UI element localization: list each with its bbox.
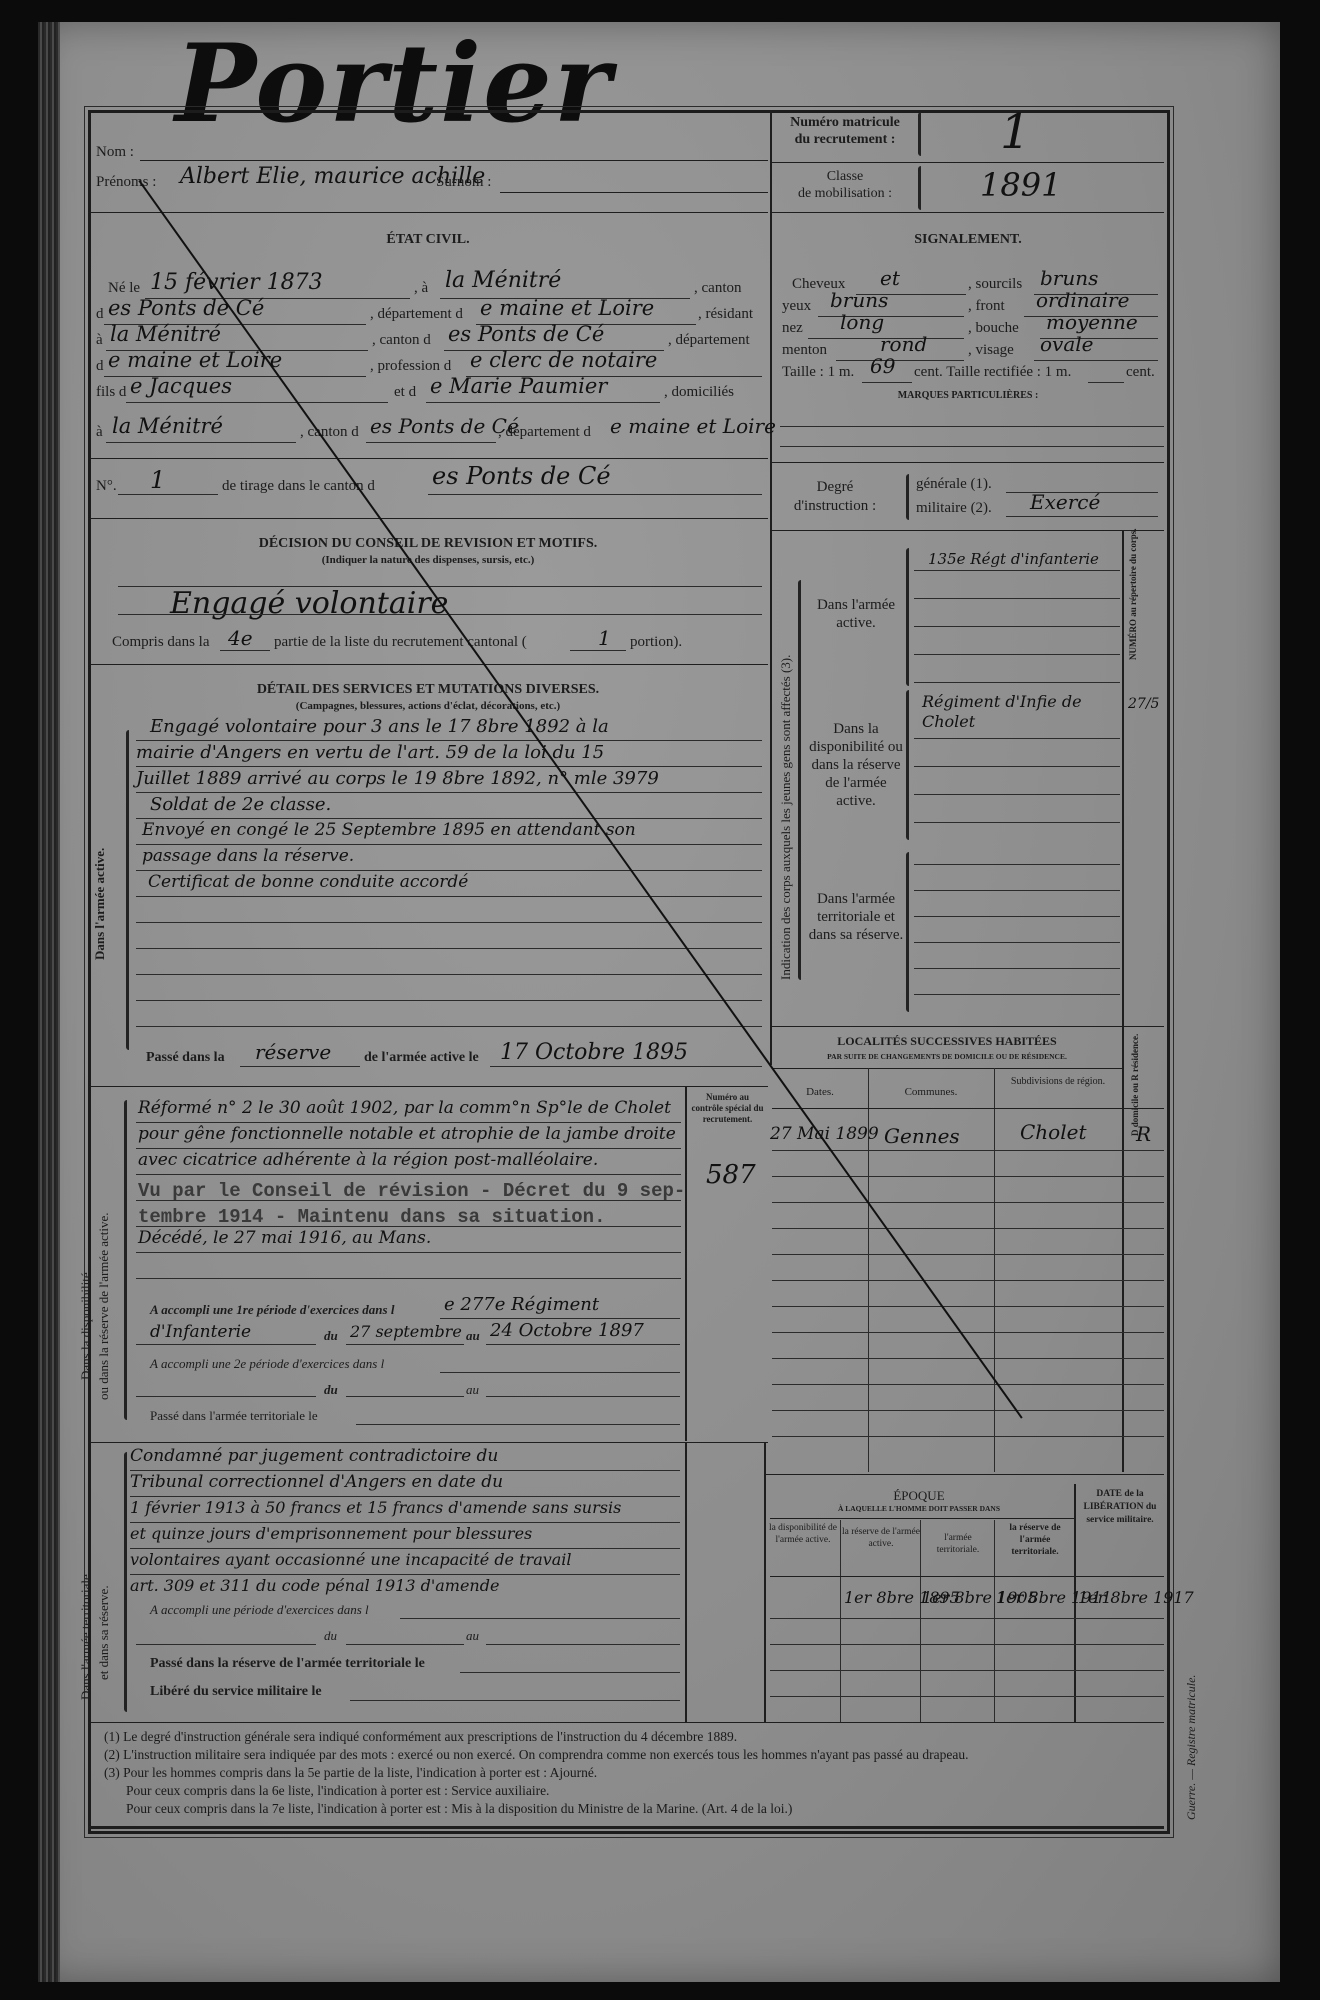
field-line <box>136 844 762 845</box>
localite-subdivision: Cholet <box>1020 1120 1087 1144</box>
au-label: au <box>466 1382 479 1398</box>
corps-side-label: Indication des corps auxquels les jeunes… <box>778 655 794 980</box>
canton-label: , canton <box>694 280 741 297</box>
field-line <box>914 916 1120 917</box>
territoriale-line: 1 février 1913 à 50 francs et 15 francs … <box>130 1498 621 1517</box>
au-label: au <box>466 1628 479 1644</box>
field-line <box>772 1228 1164 1229</box>
divider <box>772 1108 1164 1109</box>
column-divider <box>764 1442 766 1722</box>
birth-departement: e maine et Loire <box>480 296 654 320</box>
divider <box>88 212 768 213</box>
residence: la Ménitré <box>110 322 221 346</box>
profession: e clerc de notaire <box>470 348 657 372</box>
divider <box>88 1826 1164 1829</box>
brace <box>918 112 921 156</box>
fils-label: fils d <box>96 384 126 401</box>
instruction-label-2: d'instruction : <box>780 497 890 516</box>
periode2-label: A accompli une 2e période d'exercices da… <box>150 1356 384 1372</box>
residant-label: , résidant <box>698 306 753 323</box>
field-line <box>350 1700 680 1701</box>
field-line <box>1034 360 1158 361</box>
field-line <box>772 1254 1164 1255</box>
corps-row-label: Dans l'armée territoriale et dans sa rés… <box>806 890 906 944</box>
column-divider <box>920 1520 921 1722</box>
localite-type: R <box>1136 1122 1151 1146</box>
cent-label: cent. <box>1126 364 1155 381</box>
field-line <box>772 1358 1164 1359</box>
field-line <box>136 870 762 871</box>
canton-label: , canton d <box>300 424 359 441</box>
instruction-militaire-value: Exercé <box>1030 490 1100 514</box>
field-line <box>770 1696 1164 1697</box>
field-line <box>772 1332 1164 1333</box>
field-line <box>914 794 1120 795</box>
taille-label: Taille : 1 m. <box>782 364 854 381</box>
classe-value: 1891 <box>980 166 1061 204</box>
book-binding <box>38 22 60 1982</box>
disponibilite-line: pour gêne fonctionnelle notable et atrop… <box>138 1124 676 1144</box>
divider <box>770 1518 1074 1519</box>
domicilies-label: , domiciliés <box>664 384 734 401</box>
field-line <box>460 1672 680 1673</box>
nez-label: nez <box>782 320 803 337</box>
field-line <box>136 974 762 975</box>
field-line <box>914 654 1120 655</box>
passe-date: 17 Octobre 1895 <box>500 1040 688 1065</box>
divider <box>772 212 1164 213</box>
matricule-special-label: Numéro au contrôle spécial du recrutemen… <box>690 1092 765 1125</box>
field-line <box>770 1670 1164 1671</box>
field-line <box>136 1200 681 1201</box>
disponibilite-side-label-1: Dans la disponibilité <box>78 1272 94 1380</box>
field-line <box>130 1496 680 1497</box>
periode1-du: 27 septembre <box>350 1322 462 1341</box>
service-line: Juillet 1889 arrivé au corps le 19 8bre … <box>136 768 659 789</box>
a-label: , à <box>414 280 428 297</box>
revision-stamp-line-2: tembre 1914 - Maintenu dans sa situation… <box>138 1206 605 1228</box>
brace <box>918 166 921 210</box>
localites-title: LOCALITÉS SUCCESSIVES HABITÉES <box>772 1034 1122 1049</box>
service-line: mairie d'Angers en vertu de l'art. 59 de… <box>136 742 604 763</box>
canton-label: , canton d <box>372 332 431 349</box>
bouche-value: moyenne <box>1046 310 1138 334</box>
field-line <box>914 822 1120 823</box>
field-line <box>914 570 1120 571</box>
field-line <box>914 598 1120 599</box>
localites-side-label: D domicile ou R résidence. <box>1130 1034 1140 1136</box>
du-label: du <box>324 1382 338 1398</box>
field-line <box>772 1280 1164 1281</box>
field-line <box>914 942 1120 943</box>
birth-place: la Ménitré <box>445 268 561 293</box>
divider <box>88 518 768 519</box>
territoriale-line: art. 309 et 311 du code pénal 1913 d'ame… <box>130 1576 499 1595</box>
tirage-canton: es Ponts de Cé <box>432 462 611 490</box>
decision-value: Engagé volontaire <box>170 586 448 621</box>
field-line <box>862 382 912 383</box>
column-divider <box>840 1520 841 1722</box>
libere-label: Libéré du service militaire le <box>150 1684 322 1700</box>
footnote: (1) Le degré d'instruction générale sera… <box>104 1728 1154 1746</box>
field-line <box>126 402 388 403</box>
field-line <box>136 818 762 819</box>
footnote: Pour ceux compris dans la 6e liste, l'in… <box>104 1782 1154 1800</box>
field-line <box>136 740 762 741</box>
column-divider <box>1122 1026 1124 1472</box>
field-line <box>136 766 762 767</box>
bouche-label: , bouche <box>968 320 1019 337</box>
departement-label: , département <box>668 332 750 349</box>
field-line <box>136 1026 762 1027</box>
d-label: d <box>96 306 104 323</box>
field-line <box>346 1396 464 1397</box>
field-line <box>118 494 218 495</box>
d-label: d <box>96 358 104 375</box>
signalement-title: SIGNALEMENT. <box>772 232 1164 248</box>
matricule-value: 1 <box>1000 104 1031 160</box>
service-line: passage dans la réserve. <box>142 846 354 866</box>
passe-label: Passé dans la <box>146 1050 225 1066</box>
field-line <box>346 1644 464 1645</box>
matricule-label: Numéro matricule du recrutement : <box>780 114 910 148</box>
disponibilite-line: Réformé n° 2 le 30 août 1902, par la com… <box>138 1098 671 1118</box>
field-line <box>836 360 964 361</box>
territoriale-line: volontaires ayant occasionné une incapac… <box>130 1550 572 1569</box>
a-label: à <box>96 332 103 349</box>
territoriale-side-label-1: Dans l'armée territoriale <box>78 1574 94 1700</box>
nom-line <box>140 160 768 161</box>
nom-label: Nom : <box>96 144 134 161</box>
column-divider <box>994 1520 995 1722</box>
field-line <box>570 650 626 651</box>
residence-departement: e maine et Loire <box>108 348 282 372</box>
margin-note: Guerre. — Registre matricule. <box>1184 1675 1199 1820</box>
menton-value: rond <box>880 332 927 356</box>
et-label: et d <box>394 384 416 401</box>
birth-canton: es Ponts de Cé <box>108 296 264 320</box>
nez-value: long <box>840 310 884 334</box>
territoriale-side-label-2: et dans sa réserve. <box>96 1585 112 1680</box>
field-line <box>914 738 1120 739</box>
column-divider <box>685 1442 687 1722</box>
brace <box>906 548 909 686</box>
departement-label: , département d <box>498 424 591 441</box>
divider <box>764 1474 1164 1475</box>
brace <box>798 580 801 980</box>
service-line: Soldat de 2e classe. <box>150 794 331 815</box>
matricule-label-1: Numéro matricule <box>780 114 910 131</box>
divider <box>772 530 1164 531</box>
passe-label-2: de l'armée active le <box>364 1050 479 1066</box>
field-line <box>772 1410 1164 1411</box>
partie-value: 4e <box>228 626 253 650</box>
matricule-special-value: 587 <box>706 1160 756 1190</box>
corps-row-numero: 27/5 <box>1128 696 1159 712</box>
taille-rectifiee-label: cent. Taille rectifiée : 1 m. <box>914 364 1071 381</box>
corps-row-label: Dans la disponibilité ou dans la réserve… <box>806 720 906 810</box>
field-line <box>136 1226 681 1227</box>
compris-label: Compris dans la <box>112 634 210 651</box>
du-label: du <box>324 1328 338 1344</box>
field-line <box>136 1122 681 1123</box>
field-line <box>486 1644 680 1645</box>
corps-row-value: 135e Régt d'infanterie <box>928 550 1099 568</box>
field-line <box>136 948 762 949</box>
decision-title: DÉCISION DU CONSEIL DE REVISION ET MOTIF… <box>88 536 768 552</box>
localites-subtitle: PAR SUITE DE CHANGEMENTS DE DOMICILE OU … <box>772 1052 1122 1061</box>
field-line <box>136 1252 681 1253</box>
surnom-label: Surnom : <box>436 174 491 191</box>
service-line: Certificat de bonne conduite accordé <box>148 872 468 892</box>
field-line <box>130 1470 680 1471</box>
disponibilite-line: avec cicatrice adhérente à la région pos… <box>138 1150 598 1170</box>
instruction-label-1: Degré <box>780 478 890 497</box>
epoque-col-reserve-territoriale: la réserve de l'armée territoriale. <box>996 1522 1074 1558</box>
classe-label-2: de mobilisation : <box>780 185 910 202</box>
periode1-regiment-2: d'Infanterie <box>150 1322 251 1342</box>
field-line <box>118 614 762 615</box>
mother-name: e Marie Paumier <box>430 374 607 398</box>
no-label: N°. <box>96 478 117 495</box>
epoque-title: ÉPOQUE <box>764 1488 1074 1504</box>
sourcils-label: , sourcils <box>968 276 1022 293</box>
divider <box>772 1026 1164 1027</box>
brace <box>124 1452 127 1712</box>
field-line <box>136 1396 316 1397</box>
field-line <box>136 896 762 897</box>
passe-value: réserve <box>255 1040 331 1064</box>
field-line <box>136 792 762 793</box>
surnom-line <box>500 192 768 193</box>
domicile-departement: e maine et Loire <box>610 414 776 438</box>
periode1-regiment: e 277e Régiment <box>444 1294 599 1315</box>
ne-le-label: Né le <box>108 280 140 297</box>
epoque-subtitle: À LAQUELLE L'HOMME DOIT PASSER DANS <box>764 1504 1074 1513</box>
field-line <box>366 442 496 443</box>
corps-row-label: Dans l'armée active. <box>806 596 906 632</box>
divider <box>88 1086 768 1087</box>
field-line <box>772 1176 1164 1177</box>
brace <box>906 852 909 1012</box>
divider <box>772 1068 1122 1069</box>
periode1-label: A accompli une 1re période d'exercices d… <box>150 1302 394 1318</box>
classe-label-1: Classe <box>780 168 910 185</box>
territoriale-line: Condamné par jugement contradictoire du <box>130 1446 498 1466</box>
field-line <box>130 1548 680 1549</box>
field-line <box>346 1344 464 1345</box>
column-divider <box>1122 530 1124 1026</box>
a-label: à <box>96 424 103 441</box>
field-line <box>428 494 762 495</box>
marques-label: MARQUES PARTICULIÈRES : <box>772 390 1164 401</box>
reserve-territoriale-label: Passé dans la réserve de l'armée territo… <box>150 1656 425 1672</box>
localites-col-communes: Communes. <box>868 1086 994 1098</box>
field-line <box>1006 516 1158 517</box>
menton-label: menton <box>782 342 827 359</box>
field-line <box>136 1174 681 1175</box>
divider <box>772 162 1164 163</box>
birth-date: 15 février 1873 <box>150 270 323 295</box>
localite-commune: Gennes <box>884 1124 960 1148</box>
service-line: Engagé volontaire pour 3 ans le 17 8bre … <box>150 716 609 737</box>
services-subtitle: (Campagnes, blessures, actions d'éclat, … <box>88 700 768 712</box>
localites-col-subdivisions: Subdivisions de région. <box>994 1076 1122 1088</box>
epoque-col-liberation: DATE de la LIBÉRATION du service militai… <box>1076 1488 1164 1527</box>
divider <box>772 462 1164 463</box>
prenoms-label: Prénoms : <box>96 174 156 191</box>
deces-note: Décédé, le 27 mai 1916, au Mans. <box>138 1228 431 1248</box>
domicile: la Ménitré <box>112 414 223 438</box>
field-line <box>440 1318 680 1319</box>
column-divider <box>770 110 772 1065</box>
field-line <box>914 682 1120 683</box>
classe-label: Classe de mobilisation : <box>780 168 910 202</box>
tirage-number: 1 <box>150 466 165 494</box>
field-line <box>130 1522 680 1523</box>
decision-subtitle: (Indiquer la nature des dispenses, sursi… <box>88 554 768 566</box>
field-line <box>772 1384 1164 1385</box>
instruction-label: Degré d'instruction : <box>780 478 890 516</box>
corps-row-value: Régiment d'Infie de Cholet <box>922 692 1118 732</box>
field-line <box>136 1644 316 1645</box>
field-line <box>770 1618 1164 1619</box>
yeux-label: yeux <box>782 298 811 315</box>
epoque-col-reserve-active: la réserve de l'armée active. <box>842 1526 920 1550</box>
field-line <box>914 890 1120 891</box>
field-line <box>136 1278 681 1279</box>
territoriale-line: Tribunal correctionnel d'Angers en date … <box>130 1472 503 1492</box>
field-line <box>136 1000 762 1001</box>
territoriale-label: Passé dans l'armée territoriale le <box>150 1408 318 1424</box>
father-name: e Jacques <box>130 374 232 398</box>
field-line <box>440 1372 680 1373</box>
epoque-col-disponibilite: la disponibilité de l'armée active. <box>766 1522 840 1546</box>
field-line <box>130 1574 680 1575</box>
field-line <box>914 968 1120 969</box>
domicile-canton: es Ponts de Cé <box>370 414 519 438</box>
field-line <box>490 1066 762 1067</box>
field-line <box>780 426 1164 427</box>
field-line <box>240 1066 360 1067</box>
field-line <box>772 1306 1164 1307</box>
epoque-col-territoriale: l'armée territoriale. <box>922 1532 994 1556</box>
field-line <box>486 1344 680 1345</box>
armee-active-side-label: Dans l'armée active. <box>92 848 108 960</box>
column-divider <box>685 1086 687 1441</box>
visage-label: , visage <box>968 342 1014 359</box>
au-label: au <box>466 1328 480 1344</box>
divider <box>88 664 768 665</box>
periode1-au: 24 Octobre 1897 <box>490 1320 644 1341</box>
column-divider <box>994 1068 995 1472</box>
epoque-liberation: 1er 8bre 1917 <box>1078 1588 1194 1607</box>
profession-label: , profession d <box>370 358 451 375</box>
partie-label: partie de la liste du recrutement canton… <box>274 634 527 651</box>
brace <box>906 690 909 840</box>
field-line <box>106 442 296 443</box>
disponibilite-side-label-2: ou dans la réserve de l'armée active. <box>96 1213 112 1401</box>
field-line <box>1088 382 1124 383</box>
divider <box>88 1722 1164 1723</box>
matricule-label-2: du recrutement : <box>780 131 910 148</box>
footnote: (2) L'instruction militaire sera indiqué… <box>104 1746 1154 1764</box>
front-value: ordinaire <box>1036 288 1129 312</box>
sourcils-value: bruns <box>1040 266 1098 290</box>
field-line <box>914 994 1120 995</box>
departement-label: , département d <box>370 306 463 323</box>
yeux-value: bruns <box>830 288 888 312</box>
revision-stamp-line-1: Vu par le Conseil de révision - Décret d… <box>138 1180 685 1202</box>
portion-label: portion). <box>630 634 682 651</box>
brace <box>124 1100 127 1420</box>
field-line <box>772 1436 1164 1437</box>
field-line <box>220 650 270 651</box>
field-line <box>426 402 660 403</box>
field-line <box>780 446 1164 447</box>
front-label: , front <box>968 298 1005 315</box>
visage-value: ovale <box>1040 332 1094 356</box>
field-line <box>486 1396 680 1397</box>
field-line <box>914 626 1120 627</box>
service-line: Envoyé en congé le 25 Septembre 1895 en … <box>142 820 636 840</box>
field-line <box>914 766 1120 767</box>
du-label: du <box>324 1628 337 1644</box>
cheveux-value: et <box>880 266 900 290</box>
footnotes: (1) Le degré d'instruction générale sera… <box>104 1728 1154 1818</box>
instruction-militaire-label: militaire (2). <box>916 500 992 517</box>
services-title: DÉTAIL DES SERVICES ET MUTATIONS DIVERSE… <box>88 682 768 698</box>
etat-civil-title: ÉTAT CIVIL. <box>88 232 768 248</box>
field-line <box>400 1618 680 1619</box>
field-line <box>136 1148 681 1149</box>
taille-value: 69 <box>870 354 895 378</box>
instruction-generale-label: générale (1). <box>916 476 992 493</box>
brace <box>906 474 909 520</box>
portion-value: 1 <box>598 626 611 650</box>
territoriale-line: et quinze jours d'emprisonnement pour bl… <box>130 1524 532 1543</box>
brace <box>126 730 129 1050</box>
field-line <box>136 1344 316 1345</box>
footnote: (3) Pour les hommes compris dans la 5e p… <box>104 1764 1154 1782</box>
field-line <box>356 1424 680 1425</box>
field-line <box>772 1202 1164 1203</box>
corps-numero-label: NUMÉRO au répertoire du corps. <box>1128 540 1138 660</box>
residence-canton: es Ponts de Cé <box>448 322 604 346</box>
divider <box>88 458 768 459</box>
footnote: Pour ceux compris dans la 7e liste, l'in… <box>104 1800 1154 1818</box>
territoriale-periode-label: A accompli une période d'exercices dans … <box>150 1602 369 1618</box>
field-line <box>914 864 1120 865</box>
divider <box>88 1442 768 1443</box>
divider <box>770 1576 1164 1577</box>
field-line <box>770 1644 1164 1645</box>
